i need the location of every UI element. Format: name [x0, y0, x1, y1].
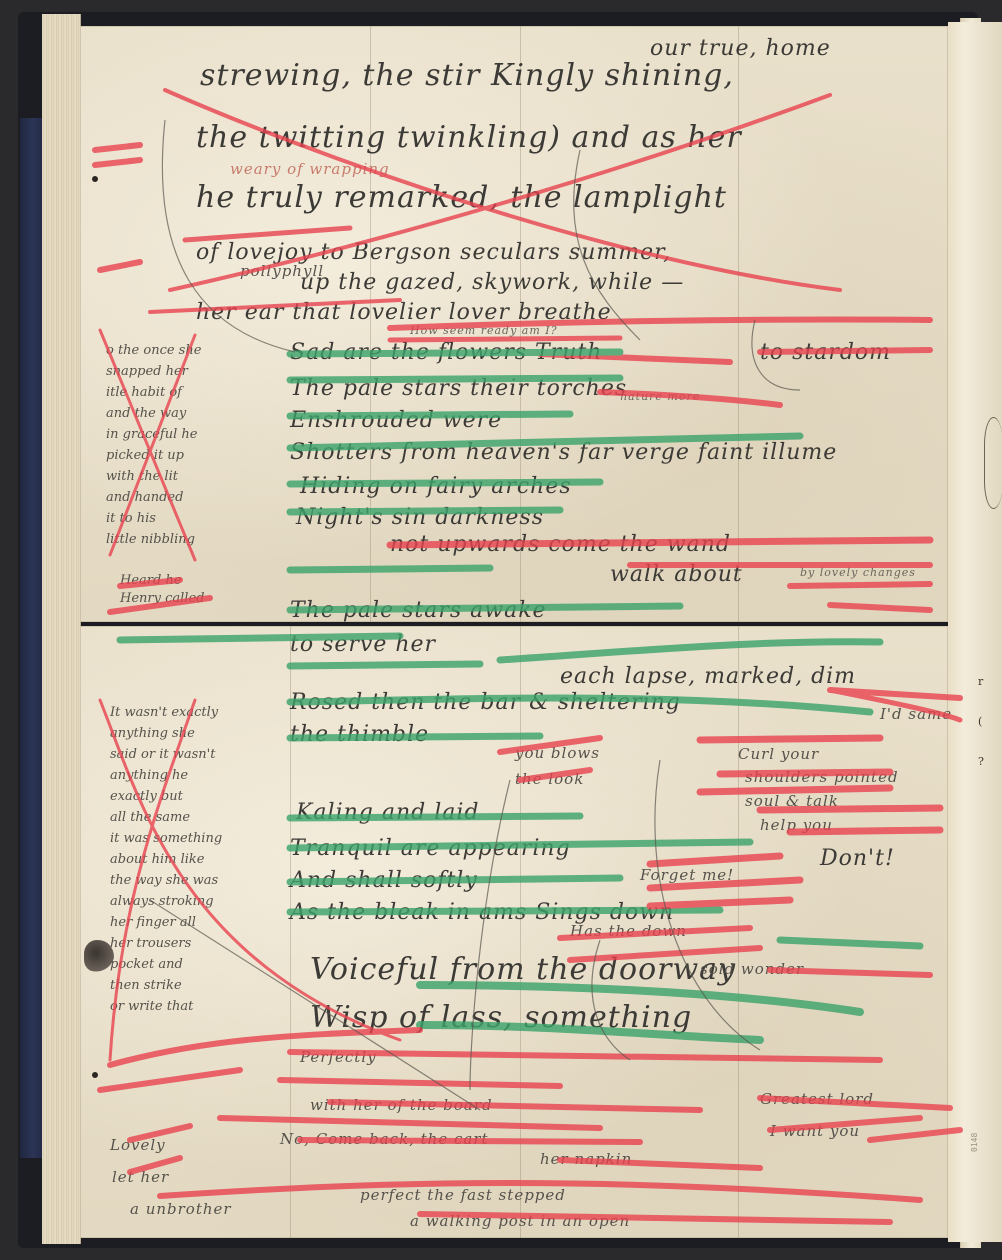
struck-line: the thimble [290, 722, 429, 747]
struck-line: a walking post in an open [410, 1212, 630, 1230]
ms-line: he truly remarked, the lamplight [196, 180, 727, 215]
right-note: sold wonder [700, 960, 804, 978]
struck-line: by lovely changes [800, 566, 916, 579]
struck-line: Hiding on fairy arches [300, 474, 572, 499]
ms-line: the twitting twinkling) and as her [196, 120, 742, 155]
struck-line: Greatest lord [760, 1090, 874, 1108]
punch-hole [92, 176, 98, 182]
ms-line: strewing, the stir Kingly shining, [200, 58, 734, 93]
right-note: Curl your [738, 745, 819, 763]
insert-note: the look [515, 770, 584, 788]
insert-note: you blows [515, 744, 600, 762]
struck-line: each lapse, marked, dim [560, 664, 856, 689]
ms-line: And shall softly [290, 868, 478, 893]
interlinear-note: nature more [620, 390, 700, 403]
ms-line: Wisp of lass, something [310, 1000, 692, 1035]
facing-page-marks: r ( ? [978, 662, 984, 782]
interlinear-note: How seem ready am I? [410, 324, 558, 337]
right-note: Forget me! [640, 866, 734, 884]
right-note: Has the down [570, 922, 687, 940]
margin-note: Heard he Henry called [120, 572, 204, 608]
right-note: Don't! [820, 846, 895, 871]
struck-line: Sad are the flowers Truth [290, 340, 602, 365]
ms-line: Kaling and laid [296, 800, 480, 825]
interlinear-note: to stardom [760, 340, 891, 365]
right-note: help you [760, 816, 833, 834]
margin-note-column: It wasn't exactly anything she said or i… [110, 702, 222, 1017]
struck-line: Enshrouded were [290, 408, 502, 433]
ms-line: Voiceful from the doorway [310, 952, 736, 987]
ms-line: up the gazed, skywork, while — [300, 270, 684, 295]
fold-line [738, 626, 739, 1238]
right-note: soul & talk [745, 792, 839, 810]
library-stamp-icon [984, 417, 1002, 509]
struck-line: not upwards come the wand [390, 532, 731, 557]
margin-word: let her [112, 1168, 169, 1186]
struck-line: Night's sin darkness [296, 505, 544, 530]
interlinear-note: pollyphyll [240, 262, 324, 280]
struck-line: The pale stars awake [290, 598, 547, 623]
struck-line: No, Come back, the cart [280, 1130, 489, 1148]
fold-line [738, 26, 739, 622]
ms-line: Tranquil are appearing [290, 836, 571, 861]
right-note: shoulders pointed [745, 768, 899, 786]
struck-line: I want you [770, 1122, 860, 1140]
insertion: our true, home [650, 36, 831, 61]
struck-line: The pale stars their torches [290, 376, 627, 401]
struck-line: Perfectly [300, 1048, 377, 1066]
struck-line: walk about [610, 562, 743, 587]
margin-word: a unbrother [130, 1200, 232, 1218]
struck-line: her napkin [540, 1150, 632, 1168]
fold-line [520, 626, 521, 1238]
struck-line: with her of the board [310, 1096, 493, 1114]
struck-line: to serve her [290, 632, 436, 657]
interlinear-note: weary of wrapping [230, 160, 390, 178]
stacked-page-edges [42, 14, 81, 1244]
insert-note: I'd same [880, 705, 952, 723]
margin-note-column: o the once she snapped her itle habit of… [106, 340, 201, 550]
struck-line: Rosed then the bar & sheltering [290, 690, 681, 715]
ms-line: her ear that lovelier lover breathe [196, 300, 612, 325]
struck-line: Shotters from heaven's far verge faint i… [290, 440, 837, 465]
facing-page: r ( ? 0148 [948, 22, 1002, 1242]
margin-word: Lovely [110, 1136, 166, 1154]
struck-line: perfect the fast stepped [360, 1186, 566, 1204]
folio-number: 0148 [970, 1133, 979, 1152]
punch-hole [92, 1072, 98, 1078]
